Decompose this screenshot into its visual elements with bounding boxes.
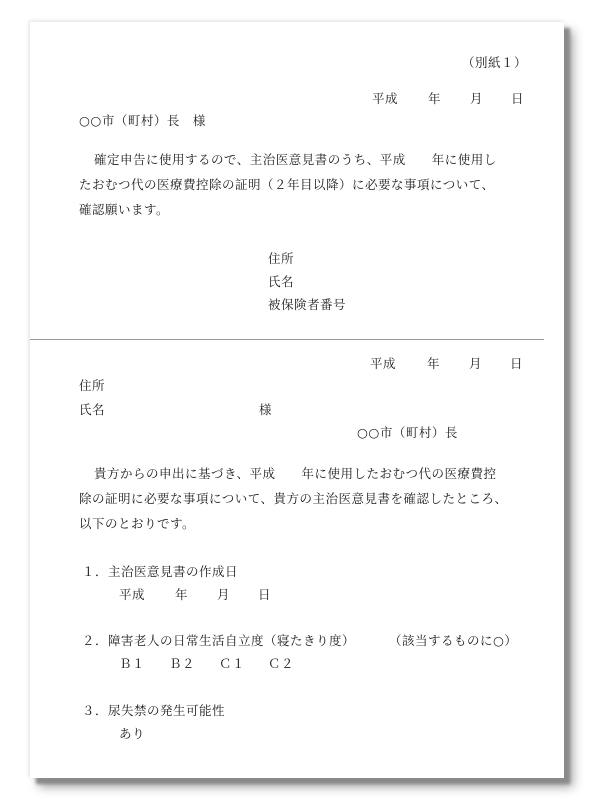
attachment-label: （別紙１） <box>462 55 527 71</box>
date-month: 月 <box>469 356 482 372</box>
date-month: 月 <box>470 91 483 107</box>
field-insured-number-label: 被保険者番号 <box>268 297 346 313</box>
item-heading: ２．障害老人の日常生活自立度（寝たきり度） <box>82 633 355 649</box>
item-heading: １．主治医意見書の作成日 <box>82 564 238 580</box>
issuer: ○○市（町村）長 <box>357 425 458 441</box>
body-line: 除の証明に必要な事項について、貴方の主治医意見書を確認したところ、 <box>79 491 508 507</box>
option-c2[interactable]: Ｃ２ <box>268 656 294 672</box>
date-month: 月 <box>217 587 230 603</box>
date-year: 年 <box>175 587 188 603</box>
item-note: （該当するものに○） <box>389 633 517 649</box>
field-name-label: 氏名 <box>268 274 294 290</box>
date-year: 年 <box>427 356 440 372</box>
option-b2[interactable]: Ｂ２ <box>169 656 195 672</box>
date-day: 日 <box>511 91 524 107</box>
option-b1[interactable]: Ｂ１ <box>119 656 145 672</box>
recipient-address-label: 住所 <box>79 378 105 394</box>
item-value: あり <box>119 726 145 742</box>
date-day: 日 <box>258 587 271 603</box>
recipient-honorific: 様 <box>259 402 272 418</box>
body-line: 確定申告に使用するので、主治医意見書のうち、平成 年に使用し <box>94 152 497 168</box>
date-era: 平成 <box>370 356 396 372</box>
request-addressee: ○○市（町村）長 様 <box>79 113 206 129</box>
document-page <box>30 22 564 778</box>
date-era: 平成 <box>372 91 398 107</box>
field-address-label: 住所 <box>268 251 294 267</box>
item-heading: ３．尿失禁の発生可能性 <box>82 703 225 719</box>
date-year: 年 <box>428 91 441 107</box>
option-c1[interactable]: Ｃ１ <box>219 656 245 672</box>
cut-line-divider <box>30 339 544 340</box>
date-day: 日 <box>510 356 523 372</box>
body-line: 貴方からの申出に基づき、平成 年に使用したおむつ代の医療費控 <box>94 466 497 482</box>
body-line: 確認願います。 <box>79 202 169 218</box>
date-era: 平成 <box>119 587 145 603</box>
body-line: 以下のとおりです。 <box>79 516 195 532</box>
recipient-name-label: 氏名 <box>79 402 105 418</box>
body-line: たおむつ代の医療費控除の証明（２年目以降）に必要な事項について、 <box>79 177 495 193</box>
